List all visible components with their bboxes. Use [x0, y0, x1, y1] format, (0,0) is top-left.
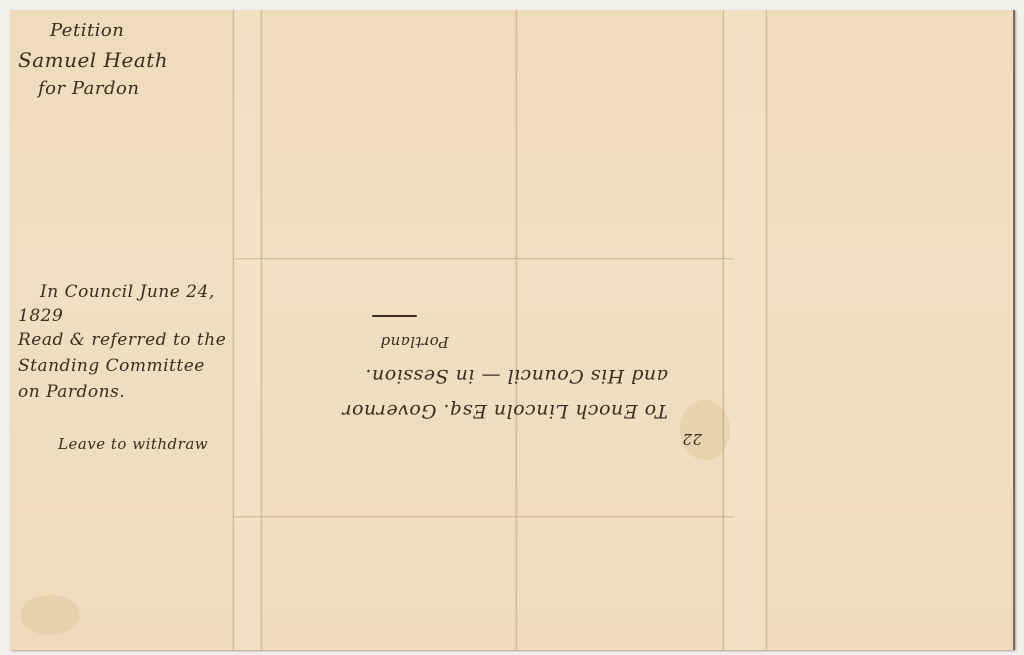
flourish [372, 315, 417, 317]
note-line: Leave to withdraw [58, 435, 208, 453]
fold-line [515, 10, 518, 650]
fold-line [235, 258, 733, 261]
fold-line [232, 10, 235, 650]
address-line: To Enoch Lincoln Esq. Governor [342, 400, 668, 422]
fold-band-left [232, 10, 262, 650]
note-line: Standing Committee [18, 356, 205, 376]
address-line: Portland [380, 333, 449, 351]
docket-line: for Pardon [38, 78, 139, 99]
fold-line [722, 10, 725, 650]
page-number: 22 [682, 430, 702, 448]
fold-line [765, 10, 768, 650]
docket-line: Samuel Heath [18, 48, 168, 72]
fold-line [235, 516, 733, 519]
address-line: and His Council — in Session. [365, 365, 668, 387]
document-page: Petition Samuel Heath for Pardon In Coun… [10, 10, 1015, 650]
note-line: Read & referred to the [18, 330, 226, 350]
stain [20, 595, 80, 635]
note-line: on Pardons. [18, 382, 125, 402]
note-line: 1829 [18, 306, 63, 326]
note-line: In Council June 24, [40, 282, 215, 302]
fold-band-right [722, 10, 767, 650]
fold-line [260, 10, 263, 650]
docket-line: Petition [50, 20, 124, 41]
